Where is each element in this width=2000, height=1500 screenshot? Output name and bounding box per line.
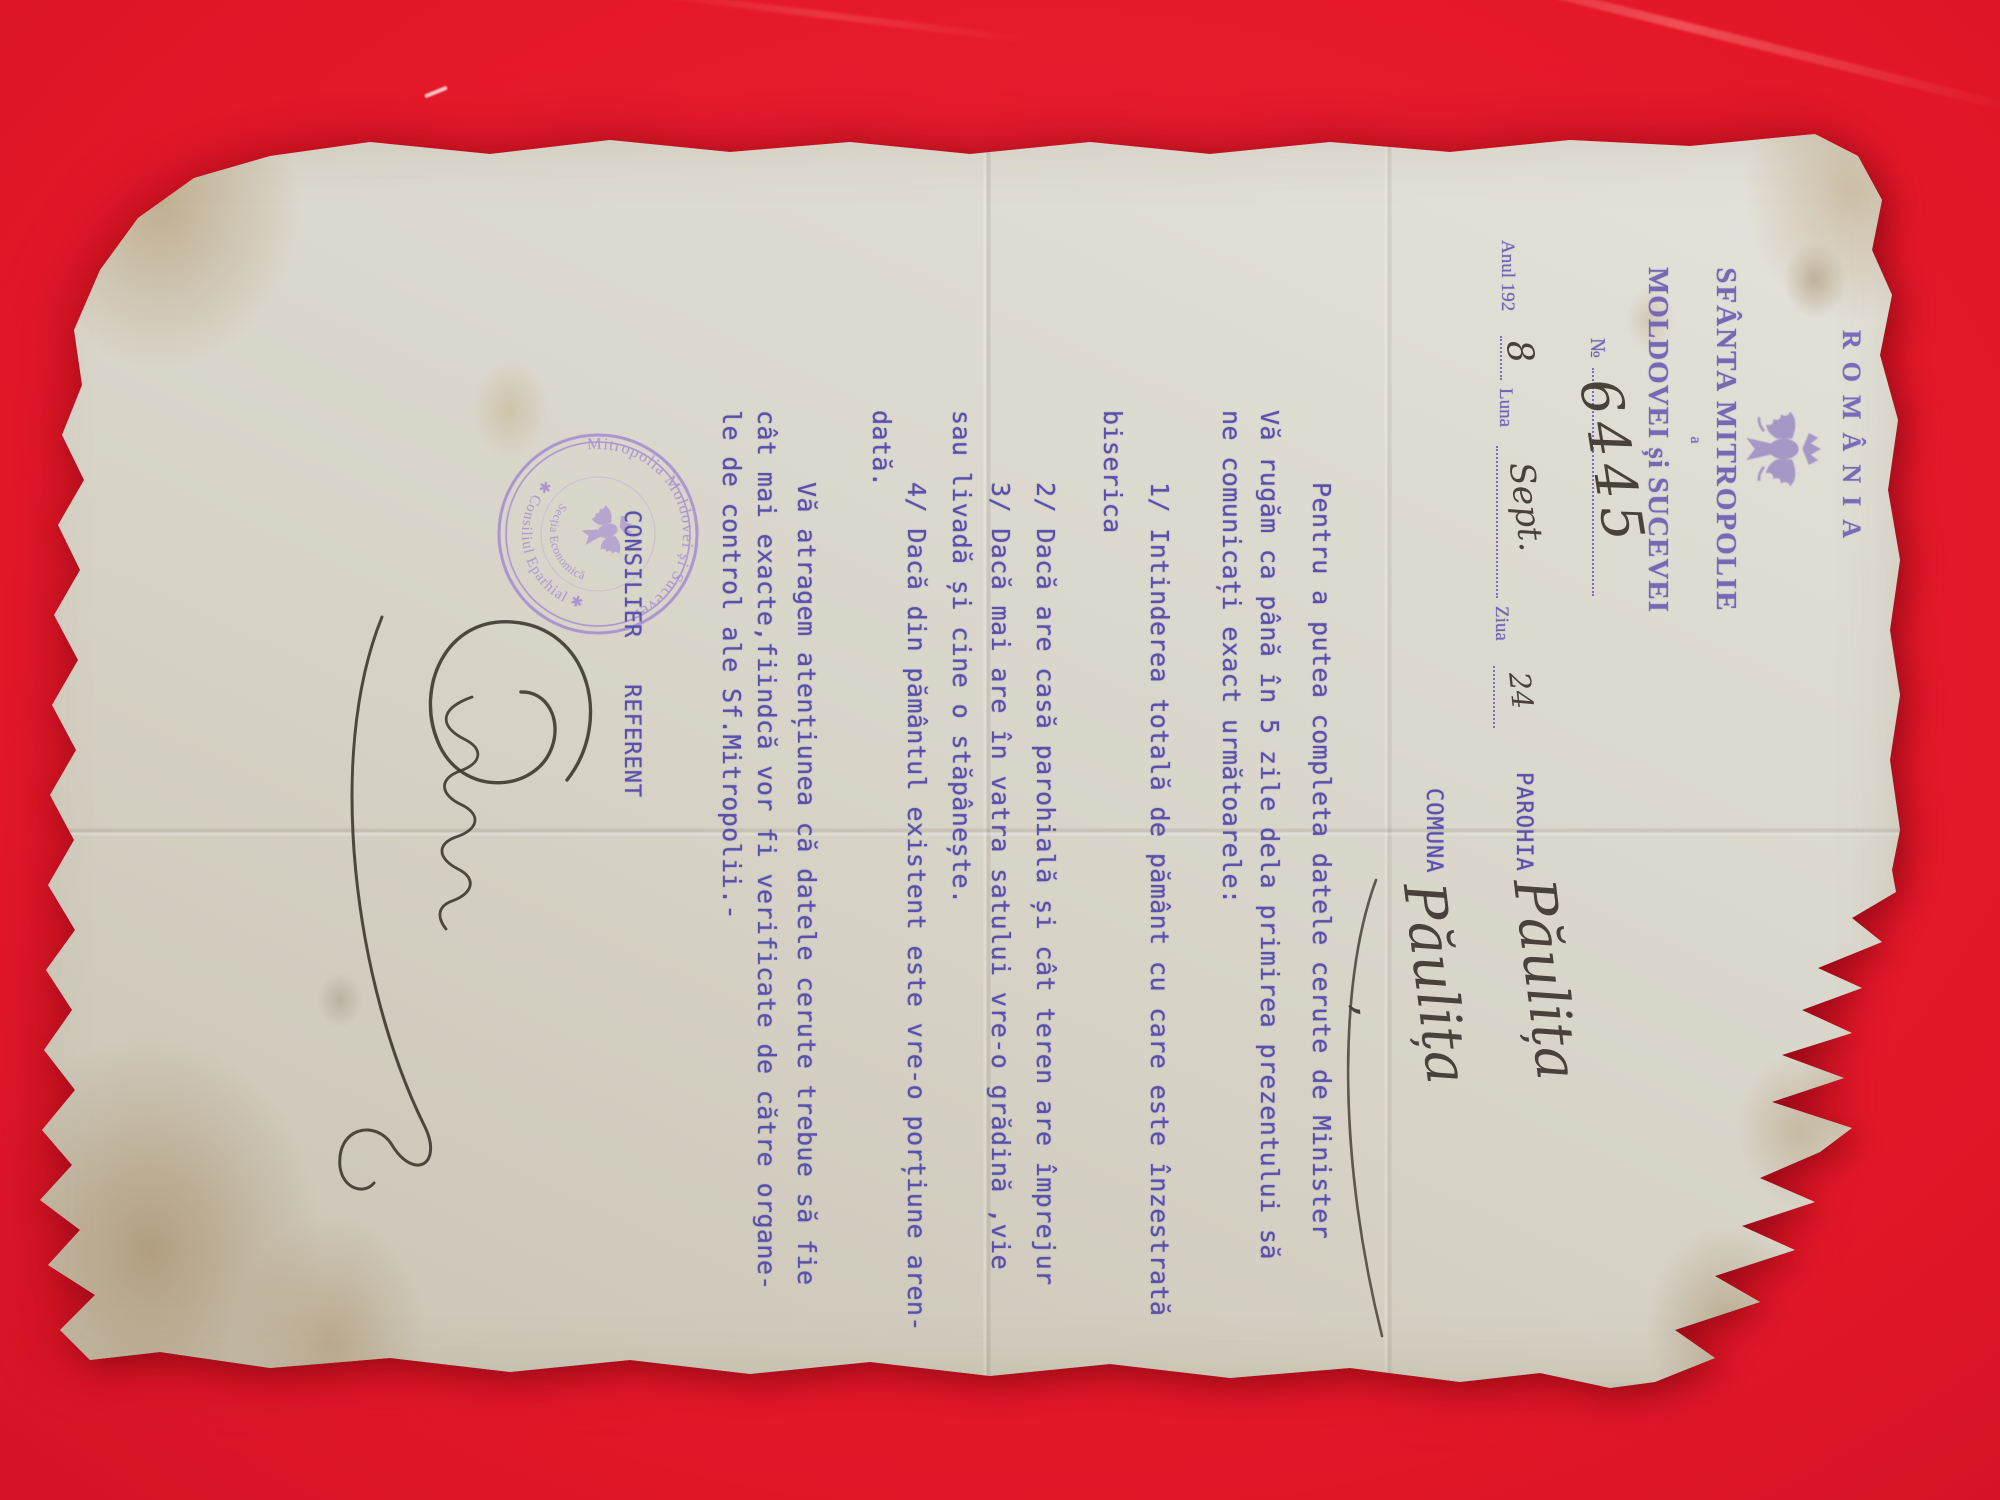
body-line: cât mai exacte,fiindcă vor fi verificate… [752, 410, 781, 1291]
background-crease [1398, 0, 2000, 114]
background-scratch [424, 86, 448, 99]
body-line: biserica [1098, 410, 1127, 534]
day-label: Ziua [1490, 606, 1512, 641]
coat-of-arms-icon [1736, 402, 1822, 496]
year-label: Anul 192 [1496, 240, 1518, 311]
body-line: Pentru a putea completa datele cerute de… [1307, 482, 1336, 1239]
body-line: 3/ Dacă mai are în vatra satului vre-o g… [986, 482, 1015, 1270]
document-paper: ROMÂNIA SFÂNTA MITROPOLIE a MOLDOVEI și … [20, 130, 1910, 1390]
photo-scene: ROMÂNIA SFÂNTA MITROPOLIE a MOLDOVEI și … [0, 0, 2000, 1500]
body-line: sau livadă și cine o stăpânește. [947, 410, 976, 904]
paper-sheet: ROMÂNIA SFÂNTA MITROPOLIE a MOLDOVEI și … [20, 130, 1910, 1390]
body-line: le de control ale Sf.Mitropolii.- [717, 410, 746, 920]
number-label: № [1585, 338, 1610, 358]
commune-handwritten-value: Păulița [1390, 879, 1480, 1088]
body-line: dată. [867, 410, 896, 487]
day-handwritten-value: 24 [1502, 670, 1540, 710]
month-label: Luna [1494, 388, 1516, 427]
institution-name-line2: a [1686, 230, 1704, 650]
body-line: Vă atragem atențiunea că datele cerute t… [792, 482, 821, 1285]
closing-title: CONSILIERREFERENT [619, 510, 644, 798]
institution-name-line1: SFÂNTA MITROPOLIE [1709, 230, 1742, 650]
country-title: ROMÂNIA [1836, 330, 1866, 550]
body-line: Vă rugăm ca până în 5 zile dela primirea… [1255, 410, 1284, 1260]
institution-name-line3: MOLDOVEI și SUCEVEI [1641, 230, 1674, 650]
parish-handwritten-value: Păulița [1500, 875, 1590, 1084]
closing-title-word1: CONSILIER [619, 510, 644, 638]
handwritten-signature [312, 585, 622, 1225]
commune-label: COMUNA [1421, 788, 1446, 873]
closing-title-word2: REFERENT [619, 684, 644, 798]
year-handwritten-value: 8 [1498, 337, 1542, 365]
body-line: 4/ Dacă din pământul existent este vre-o… [902, 482, 931, 1332]
body-line: ne comunicați exact următoarele: [1217, 410, 1246, 904]
parish-label: PAROHIA [1511, 772, 1536, 872]
body-line: 2/ Dacă are casă parohială și cât teren … [1031, 482, 1060, 1285]
body-line: 1/ Intinderea totală de pământ cu care e… [1145, 482, 1174, 1316]
handwritten-underline-flourish [1326, 868, 1398, 1348]
background-crease [621, 0, 1039, 45]
